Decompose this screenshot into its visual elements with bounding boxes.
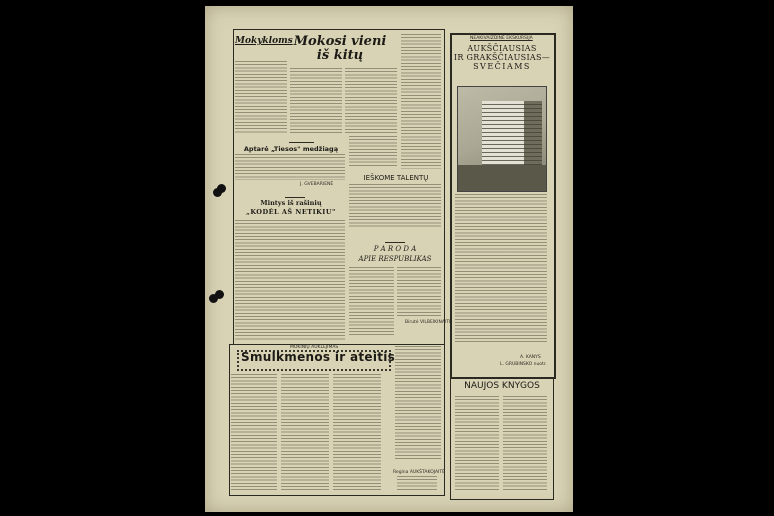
sidebar-signature-note: L. GRUBINSKO nuotr. (500, 362, 547, 367)
text-column (397, 267, 441, 317)
text-column (401, 34, 441, 169)
smulkmenos-signature: Regina AUKŠTAKOJAITĖ (393, 470, 445, 475)
mintys-headline: Mintys iš rašinių „KODĖL AŠ NETIKIU" (235, 199, 347, 217)
text-column (349, 136, 397, 166)
text-column (395, 346, 441, 461)
paroda-headline-line2: APIE RESPUBLIKAS (349, 254, 441, 264)
building-photo (457, 86, 547, 192)
text-column (349, 184, 441, 229)
main-headline-line1: Mokosi vieni (285, 35, 395, 49)
text-column (397, 476, 437, 490)
mintys-headline-line1: Mintys iš rašinių (235, 199, 347, 208)
text-column (455, 396, 499, 492)
newspaper-page: Mokykloms Mokosi vieni iš kitų Aptarė „T… (205, 6, 573, 512)
paroda-signature: Birutė VILBEIKINAITĖ (405, 320, 452, 325)
talentu-headline: IEŠKOME TALENTŲ (355, 174, 437, 182)
text-column (290, 68, 342, 133)
text-column (455, 194, 547, 344)
sidebar-headline-line2: IR GRAKŠČIAUSIAS— (451, 53, 553, 62)
text-column (345, 68, 397, 133)
sidebar-rubric: NEAKIVAIZDINĖ EKSKURSIJA (470, 36, 533, 41)
text-column (231, 374, 277, 490)
punch-hole (217, 184, 226, 193)
text-column (349, 267, 394, 337)
building-side (524, 101, 542, 173)
text-column (333, 374, 381, 490)
sidebar-headline: AUKŠČIAUSIAS IR GRAKŠČIAUSIAS— SVEČIAMS (451, 44, 553, 71)
text-column (235, 220, 345, 340)
books-headline: NAUJOS KNYGOS (451, 381, 553, 391)
aptare-headline: Aptarė „Tiesos" medžiagą (235, 145, 347, 153)
smulkmenos-headline: Smulkmenos ir ateitis (241, 350, 387, 364)
text-column (235, 154, 345, 180)
building-facade (482, 101, 526, 169)
photo-ground (458, 165, 546, 191)
paroda-headline-line1: P A R O D A (349, 244, 441, 254)
text-column (503, 396, 547, 492)
main-headline: Mokosi vieni iš kitų (285, 35, 395, 63)
divider (385, 242, 405, 243)
text-column (281, 374, 329, 490)
main-headline-line2: iš kitų (285, 49, 395, 63)
divider (289, 142, 314, 143)
paroda-headline: P A R O D A APIE RESPUBLIKAS (349, 244, 441, 264)
divider (285, 197, 305, 198)
sidebar-headline-line1: AUKŠČIAUSIAS (451, 44, 553, 53)
punch-hole (209, 294, 218, 303)
aptare-signature: J. GVEBARIENĖ (300, 182, 333, 187)
text-column (235, 61, 287, 133)
mintys-headline-line2: „KODĖL AŠ NETIKIU" (235, 208, 347, 217)
sidebar-headline-line3: SVEČIAMS (451, 62, 553, 71)
sidebar-signature: A. KANYS (520, 355, 541, 360)
